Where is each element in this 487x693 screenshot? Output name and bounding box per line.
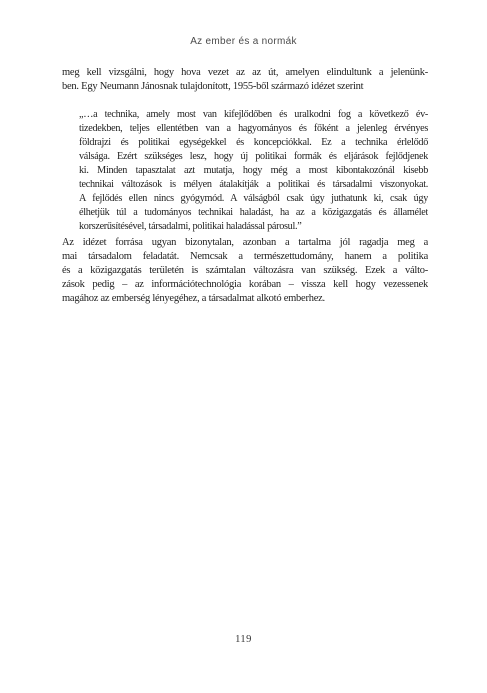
quote-line: tizedekben, teljes ellentétben van a hag… (79, 122, 428, 136)
text-line: ben. Egy Neumann Jánosnak tulajdonított,… (62, 80, 428, 94)
quote-line: válsága. Ezért szükséges lesz, hogy új p… (79, 150, 428, 164)
text-line: zások pedig – az információtechnológia k… (62, 278, 428, 292)
quote-line: ki. Minden tapasztalat azt mutatja, hogy… (79, 164, 428, 178)
book-page: Az ember és a normák meg kell vizsgálni,… (0, 0, 487, 693)
paragraph-intro: meg kell vizsgálni, hogy hova vezet az a… (62, 66, 428, 94)
text-line: és a közigazgatás területén is számtalan… (62, 264, 428, 278)
page-number: 119 (0, 633, 487, 647)
quote-line: korszerűsítésével, társadalmi, politikai… (79, 220, 428, 234)
quote-line: „…a technika, amely most van kifejlődőbe… (79, 108, 428, 122)
quote-line: technikai változások is mélyen átalakítj… (79, 178, 428, 192)
quote-line: A fejlődés ellen nincs gyógymód. A válsá… (79, 192, 428, 206)
text-line: magához az emberség lényegéhez, a társad… (62, 292, 428, 306)
text-line: mai társadalom feladatát. Nemcsak a term… (62, 250, 428, 264)
text-block: meg kell vizsgálni, hogy hova vezet az a… (62, 66, 428, 306)
quote-line: élhetjük túl a tudományos technikai hala… (79, 206, 428, 220)
block-quote: „…a technika, amely most van kifejlődőbe… (79, 108, 428, 234)
text-line: Az idézet forrása ugyan bizonytalan, azo… (62, 236, 428, 250)
running-head: Az ember és a normák (0, 36, 487, 48)
paragraph-closing: Az idézet forrása ugyan bizonytalan, azo… (62, 236, 428, 306)
text-line: meg kell vizsgálni, hogy hova vezet az a… (62, 66, 428, 80)
quote-line: földrajzi és politikai egységekkel és ko… (79, 136, 428, 150)
